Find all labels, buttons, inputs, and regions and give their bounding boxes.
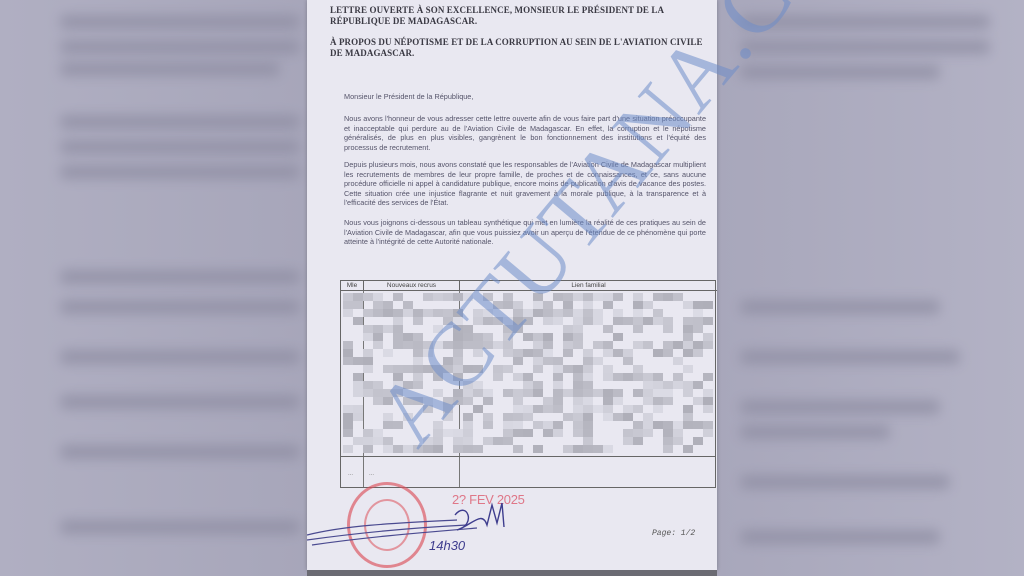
handwritten-time: 14h30: [429, 538, 465, 553]
letter-title: LETTRE OUVERTE À SON EXCELLENCE, MONSIEU…: [330, 5, 710, 27]
salutation: Monsieur le Président de la République,: [344, 92, 706, 102]
table-header-recruits: Nouveaux recrus: [364, 281, 460, 291]
letter-page: LETTRE OUVERTE À SON EXCELLENCE, MONSIEU…: [307, 0, 717, 570]
paragraph-1: Nous avons l'honneur de vous adresser ce…: [344, 114, 706, 152]
table-header-mle: Mle: [341, 281, 364, 291]
recruits-table: Mle Nouveaux recrus Lien familial ... ..…: [340, 280, 716, 488]
table-row: ... ...: [341, 456, 715, 457]
page-number: Page: 1/2: [652, 529, 695, 538]
paragraph-2: Depuis plusieurs mois, nous avons consta…: [344, 160, 706, 208]
table-header-relationship: Lien familial: [460, 281, 717, 291]
last-row-recruit: ...: [369, 471, 374, 477]
letter-subject: À PROPOS DU NÉPOTISME ET DE LA CORRUPTIO…: [330, 37, 710, 59]
signature: [307, 495, 537, 565]
last-row-mle: ...: [348, 471, 353, 477]
paragraph-3: Nous vous joignons ci-dessous un tableau…: [344, 218, 706, 247]
page-edge-shadow: [307, 570, 717, 576]
